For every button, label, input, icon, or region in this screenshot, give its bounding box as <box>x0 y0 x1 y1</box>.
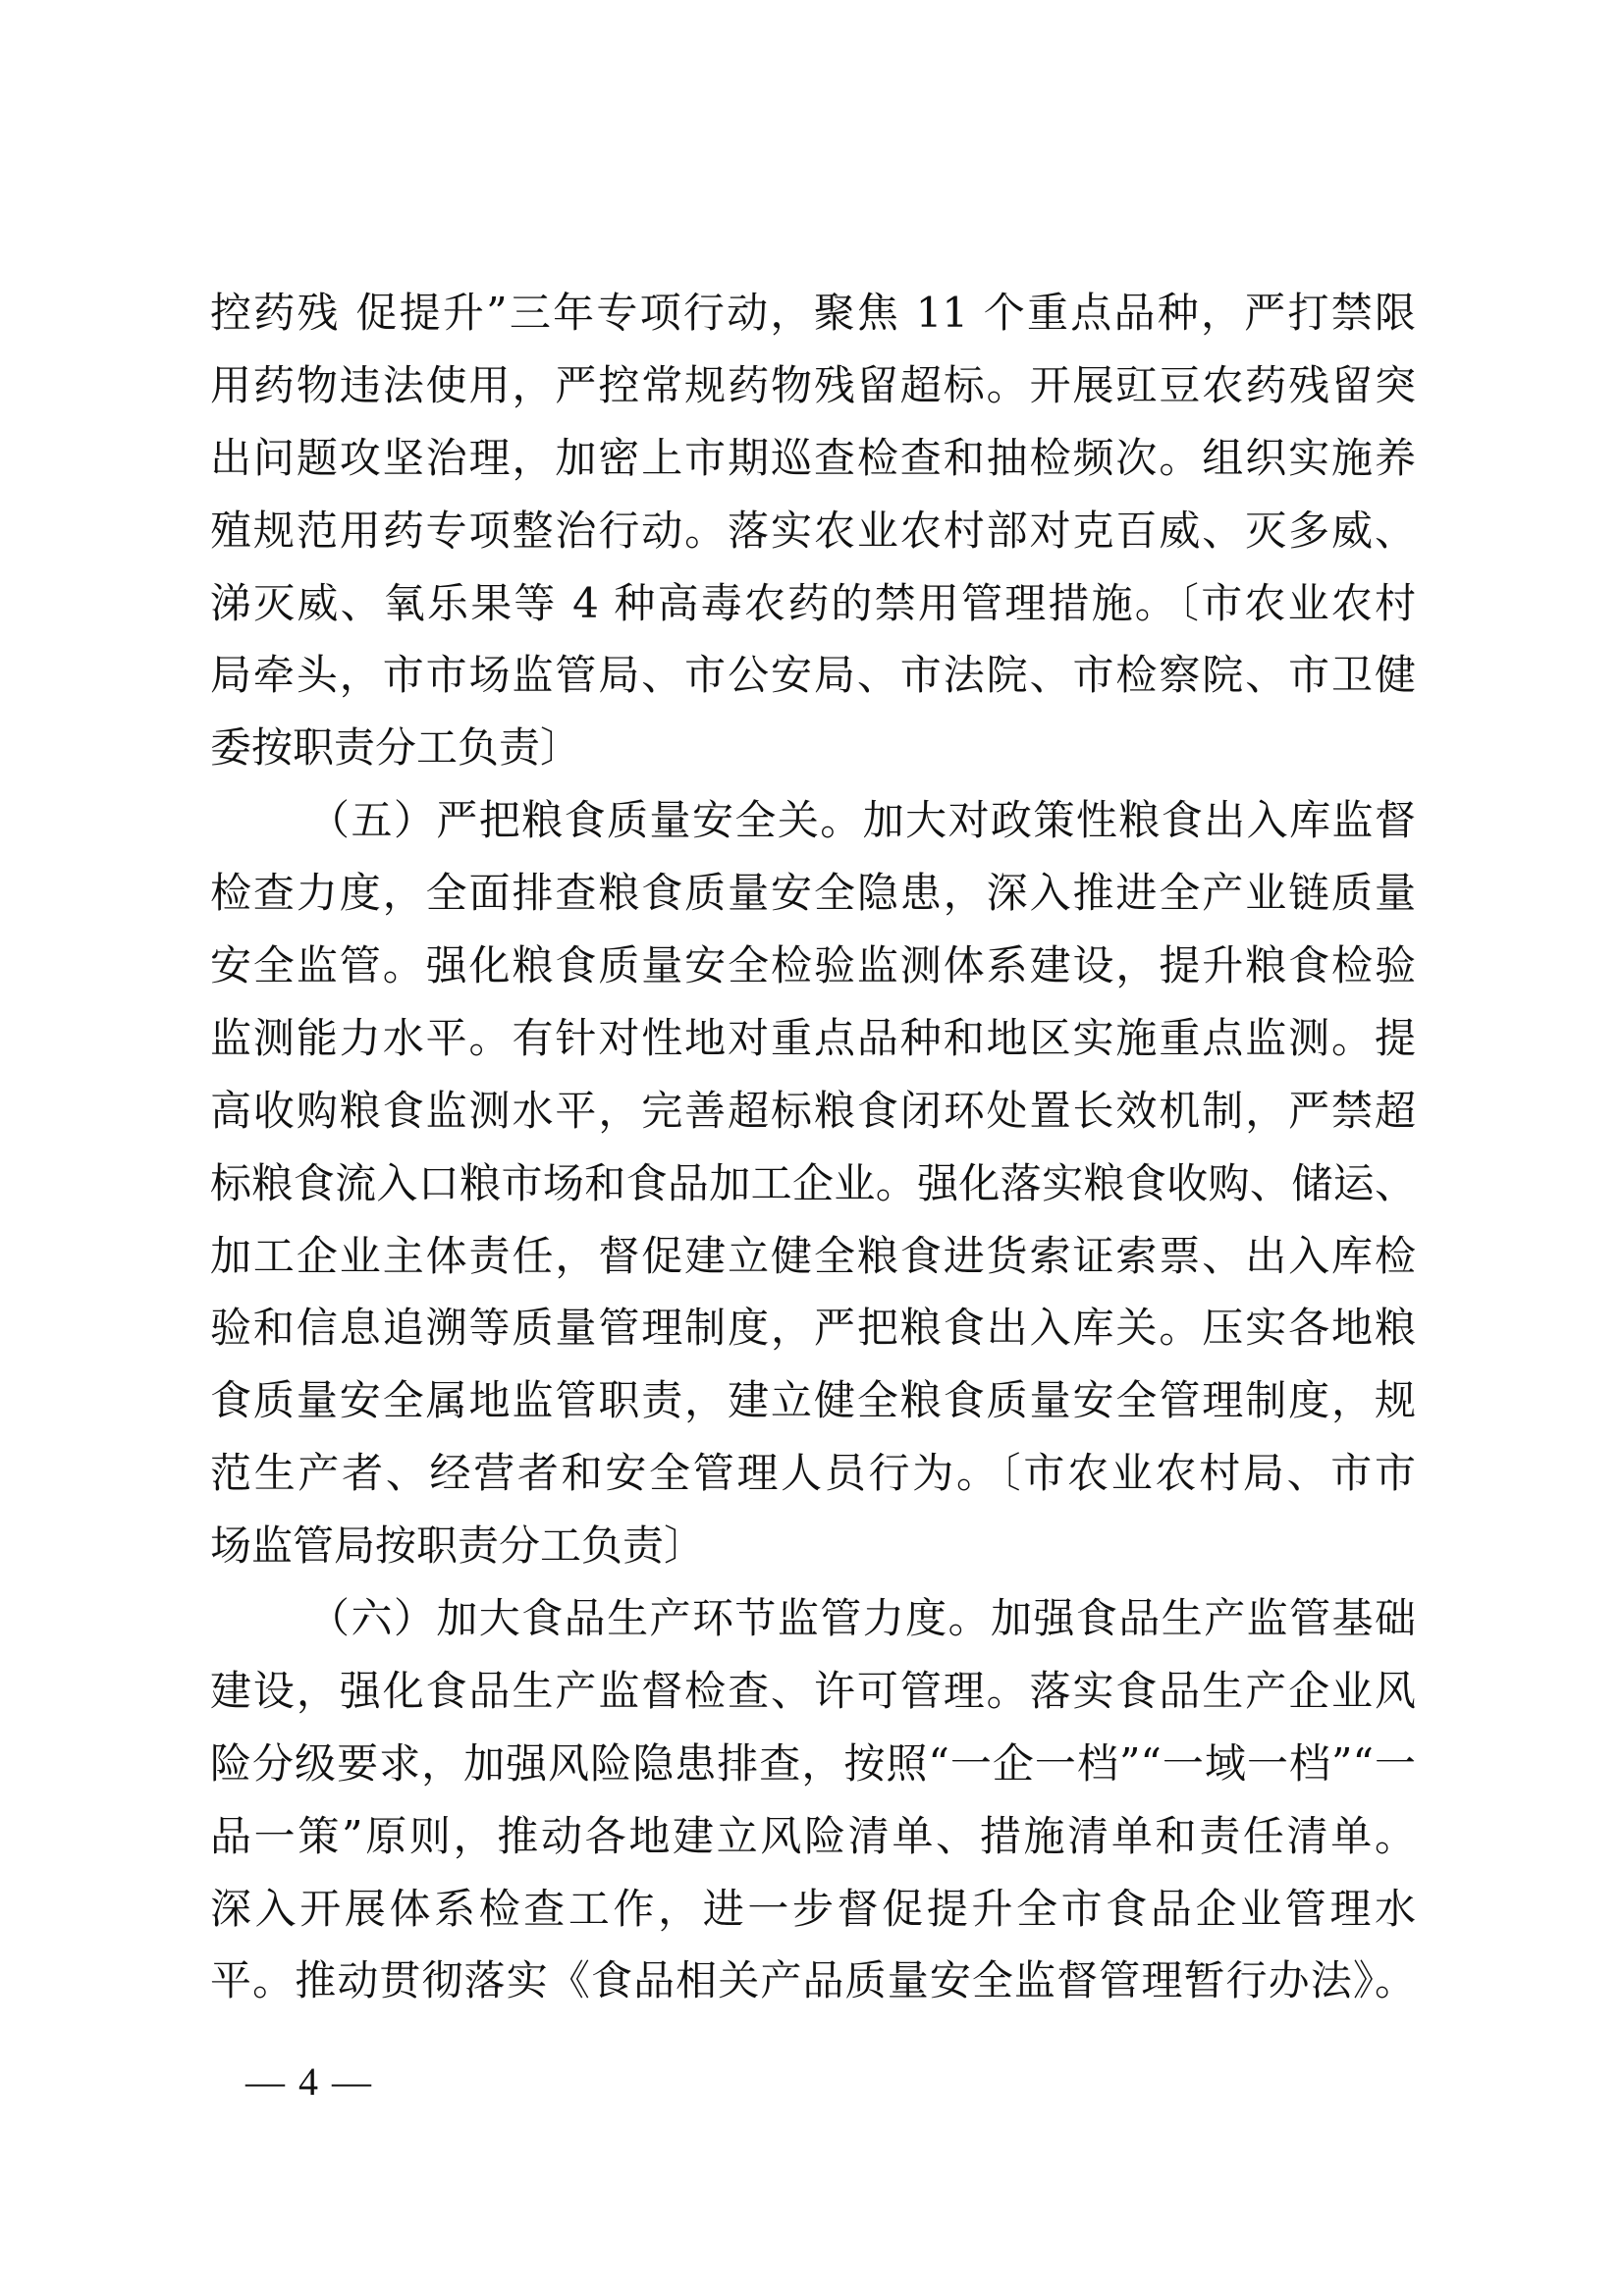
document-body: 控药残 促提升”三年专项行动，聚焦 11 个重点品种，严打禁限 用药物违法使用，… <box>210 277 1416 2017</box>
section-heading-line: （六）加大食品生产环节监管力度。加强食品生产监管基础 <box>210 1582 1416 1655</box>
text-line: 范生产者、经营者和安全管理人员行为。〔市农业农村局、市市 <box>210 1437 1416 1510</box>
text-line: 控药残 促提升”三年专项行动，聚焦 11 个重点品种，严打禁限 <box>210 277 1416 349</box>
text-line: 平。推动贯彻落实《食品相关产品质量安全监督管理暂行办法》。 <box>210 1945 1416 2017</box>
text-line: 验和信息追溯等质量管理制度，严把粮食出入库关。压实各地粮 <box>210 1292 1416 1364</box>
text-line: 安全监管。强化粮食质量安全检验监测体系建设，提升粮食检验 <box>210 930 1416 1002</box>
text-line: 高收购粮食监测水平，完善超标粮食闭环处置长效机制，严禁超 <box>210 1075 1416 1148</box>
text-line: 深入开展体系检查工作，进一步督促提升全市食品企业管理水 <box>210 1873 1416 1946</box>
text-line: 出问题攻坚治理，加密上市期巡查检查和抽检频次。组织实施养 <box>210 422 1416 495</box>
paragraph-section-5: （五）严把粮食质量安全关。加大对政策性粮食出入库监督 检查力度，全面排查粮食质量… <box>210 784 1416 1582</box>
page-number: — 4 — <box>245 2058 373 2105</box>
text-line: 品一策”原则，推动各地建立风险清单、措施清单和责任清单。 <box>210 1800 1416 1873</box>
text-line: 加工企业主体责任，督促建立健全粮食进货索证索票、出入库检 <box>210 1220 1416 1293</box>
text-line: 委按职责分工负责〕 <box>210 712 1416 784</box>
text-line: 场监管局按职责分工负责〕 <box>210 1510 1416 1582</box>
paragraph-section-6: （六）加大食品生产环节监管力度。加强食品生产监管基础 建设，强化食品生产监督检查… <box>210 1582 1416 2017</box>
text-line: 险分级要求，加强风险隐患排查，按照“一企一档”“一域一档”“一 <box>210 1728 1416 1800</box>
section-heading-line: （五）严把粮食质量安全关。加大对政策性粮食出入库监督 <box>210 784 1416 857</box>
text-line: 标粮食流入口粮市场和食品加工企业。强化落实粮食收购、储运、 <box>210 1148 1416 1220</box>
text-line: 局牵头，市市场监管局、市公安局、市法院、市检察院、市卫健 <box>210 639 1416 712</box>
text-line: 殖规范用药专项整治行动。落实农业农村部对克百威、灭多威、 <box>210 495 1416 567</box>
text-line: 用药物违法使用，严控常规药物残留超标。开展豇豆农药残留突 <box>210 349 1416 422</box>
text-line: 建设，强化食品生产监督检查、许可管理。落实食品生产企业风 <box>210 1655 1416 1728</box>
text-line: 监测能力水平。有针对性地对重点品种和地区实施重点监测。提 <box>210 1002 1416 1075</box>
paragraph-continued: 控药残 促提升”三年专项行动，聚焦 11 个重点品种，严打禁限 用药物违法使用，… <box>210 277 1416 784</box>
text-line: 检查力度，全面排查粮食质量安全隐患，深入推进全产业链质量 <box>210 857 1416 930</box>
text-line: 食质量安全属地监管职责，建立健全粮食质量安全管理制度，规 <box>210 1364 1416 1437</box>
text-line: 涕灭威、氧乐果等 4 种高毒农药的禁用管理措施。〔市农业农村 <box>210 567 1416 640</box>
